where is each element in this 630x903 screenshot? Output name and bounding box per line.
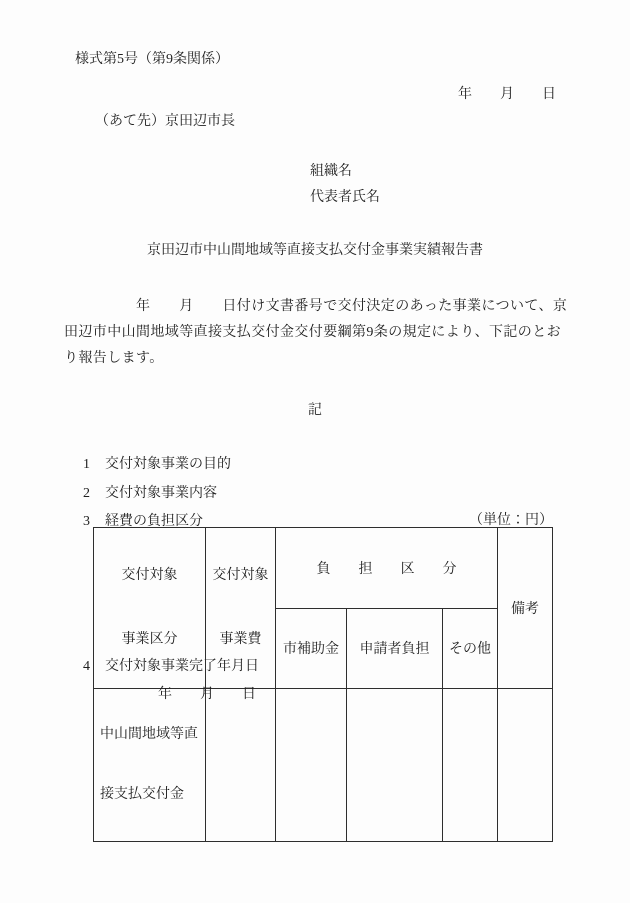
addressee: （あて先）京田辺市長 <box>95 114 235 130</box>
item-label: 交付対象事業内容 <box>105 486 217 502</box>
completion-date-line: 年 月 日 <box>158 687 256 703</box>
row-label-chusankan: 中山間地域等直 接支払交付金 <box>94 689 206 842</box>
cell-remarks-empty <box>498 689 553 842</box>
header-other: その他 <box>443 608 498 689</box>
date-line: 年 月 日 <box>458 87 556 103</box>
document-page: 様式第5号（第9条関係） 年 月 日 （あて先）京田辺市長 組織名 代表者氏名 … <box>0 0 630 903</box>
header-city-subsidy: 市補助金 <box>276 608 347 689</box>
header-applicant-burden: 申請者負担 <box>347 608 443 689</box>
representative-name-label: 代表者氏名 <box>310 190 380 206</box>
body-line: り報告します。 <box>64 346 562 372</box>
cost-breakdown-table: 交付対象 事業区分 交付対象 事業費 負 担 区 分 備考 市補助金 申請者負担… <box>93 527 553 842</box>
body-line: 田辺市中山間地域等直接支払交付金交付要綱第9条の規定により、下記のとお <box>64 320 562 346</box>
item-label: 交付対象事業完了年月日 <box>105 659 259 675</box>
cell-other-empty <box>443 689 498 842</box>
list-item-4: 4 交付対象事業完了年月日 <box>83 659 259 675</box>
cell-applicant-burden-empty <box>347 689 443 842</box>
list-item-2: 2 交付対象事業内容 <box>83 486 217 502</box>
form-number: 様式第5号（第9条関係） <box>75 52 229 68</box>
body-paragraph: 年 月 日付け文書番号で交付決定のあった事業について、京 田辺市中山間地域等直接… <box>64 294 562 372</box>
ki-heading: 記 <box>0 403 630 419</box>
item-number: 4 <box>83 659 90 675</box>
body-line: 年 月 日付け文書番号で交付決定のあった事業について、京 <box>64 294 562 320</box>
header-remarks: 備考 <box>498 528 553 689</box>
document-title: 京田辺市中山間地域等直接支払交付金事業実績報告書 <box>0 243 630 259</box>
cell-city-subsidy-empty <box>276 689 347 842</box>
item-label: 交付対象事業の目的 <box>105 457 231 473</box>
cell-project-cost-empty <box>206 689 276 842</box>
item-number: 1 <box>83 457 90 473</box>
list-item-1: 1 交付対象事業の目的 <box>83 457 231 473</box>
item-number: 2 <box>83 486 90 502</box>
organization-name-label: 組織名 <box>310 164 352 180</box>
header-burden-category: 負 担 区 分 <box>276 528 498 609</box>
item-number: 3 <box>83 514 90 530</box>
